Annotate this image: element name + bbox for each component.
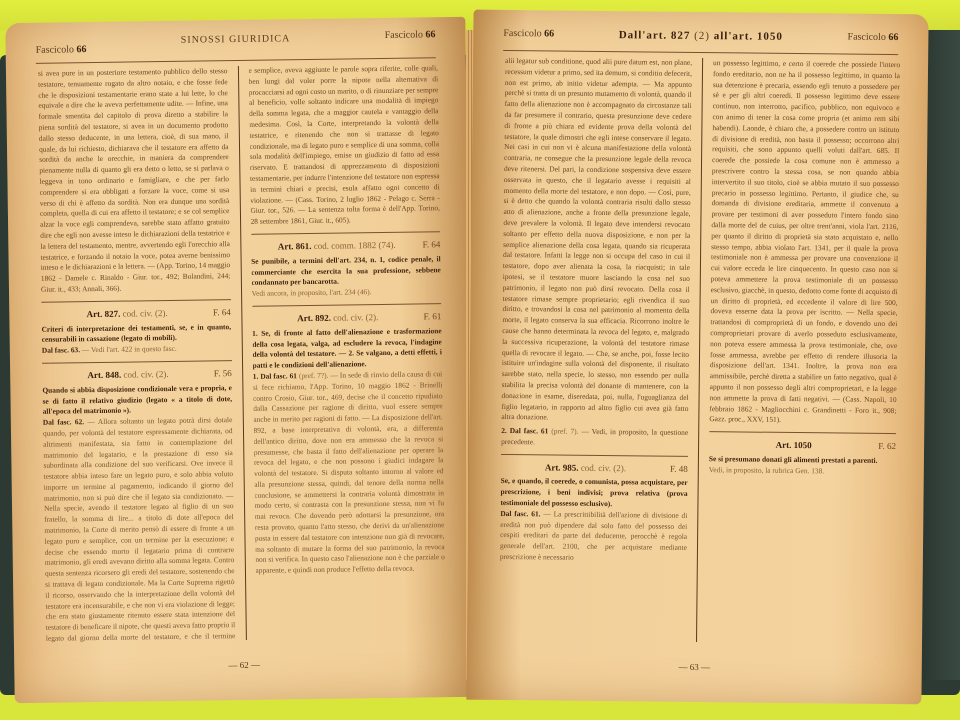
article-861: Art. 861. cod. comm. 1882 (74). F. 64 Se… — [251, 231, 441, 300]
header-rule — [503, 50, 898, 55]
article-summary: Quando si abbia disposizione condizional… — [42, 383, 232, 418]
article-fascicle: F. 64 — [213, 307, 231, 318]
ref-label: Dal fasc. 63. — [42, 345, 80, 355]
running-title-to: all'art. — [714, 30, 754, 42]
ref-code: (pref. 7?). — [299, 371, 329, 380]
page-number: — 62 — — [14, 657, 474, 673]
header-rule — [36, 57, 436, 64]
article-reference: Vedi ancora, in proposito, l'art. 234 (4… — [252, 286, 442, 299]
article-title-line: Art. 827. cod. civ. (2). — [87, 308, 168, 320]
running-title: SINOSSI GIURIDICA — [35, 31, 435, 48]
left-page-columns: si avea pure in un posteriore testamento… — [38, 63, 446, 643]
article-number: Art. 848. — [87, 370, 121, 380]
left-column-1: si avea pure in un posteriore testamento… — [38, 66, 235, 643]
article-heading: Art. 1050 F. 62 — [709, 439, 896, 452]
article-985: Art. 985. cod. civ. (2). F. 48 Se, e qua… — [500, 454, 688, 565]
article-summary: Se punibile, a termini dell'art. 234, n.… — [251, 254, 441, 289]
article-number: Art. 827. — [87, 308, 121, 318]
right-header-fascicolo: Fascicolo 66 — [385, 29, 436, 41]
fascicolo-number: 66 — [425, 29, 435, 40]
right-page: Fascicolo 66 Dall'art. 827 (2) all'art. … — [466, 10, 928, 705]
ref-text: — Vedi l'art. 422 in questo fasc. — [82, 344, 177, 354]
article-reference: Vedi, in proposito, la rubrica Gen. 138. — [709, 465, 896, 478]
article-title-line: Art. 985. cod. civ. (2). — [545, 462, 626, 474]
page-number: — 63 — — [467, 660, 922, 675]
article-1050: Art. 1050 F. 62 Se si presumano donati g… — [709, 431, 896, 477]
article-code: cod. civ. (2). — [333, 312, 378, 323]
fascicolo-label: Fascicolo — [385, 29, 423, 41]
body-text: alii legatur sub conditione, quod alii p… — [501, 56, 692, 425]
article-fascicle: F. 64 — [423, 239, 441, 250]
article-number: Art. 892. — [297, 313, 331, 323]
article-fascicle: F. 61 — [424, 311, 442, 322]
right-header-fascicolo: Fascicolo 66 — [847, 32, 898, 44]
left-page-header: Fascicolo 66 SINOSSI GIURIDICA Fascicolo… — [35, 29, 435, 59]
article-title-line: Art. 892. cod. civ. (2). — [297, 312, 378, 324]
article-title-line: Art. 861. cod. comm. 1882 (74). — [278, 240, 396, 252]
fascicolo-label: Fascicolo — [847, 32, 885, 43]
article-body: Dal fasc. 62. — Allora soltanto un legat… — [43, 415, 236, 643]
article-code: cod. comm. 1882 (74). — [314, 240, 396, 251]
article-heading: Art. 848. cod. civ. (2). F. 56 — [42, 368, 232, 381]
article-number: Art. 861. — [278, 241, 312, 251]
running-title-from: Dall'art. — [619, 29, 668, 42]
left-column-2: e semplice, aveva aggiunte le parole sop… — [248, 63, 445, 640]
article-fascicle: F. 48 — [670, 463, 688, 474]
ref-label: Dal fasc. 61. — [500, 509, 540, 518]
article-summary: Criteri di interpretazione dei testament… — [41, 322, 231, 346]
body-text: e semplice, aveva aggiunte le parole sop… — [248, 63, 440, 228]
ref-code: (pref. 7). — [551, 427, 578, 436]
article-summary: Se, e quando, il coerede, o comunista, p… — [500, 476, 687, 510]
article-summary: 1. Se, di fronte al fatto dell'alienazio… — [252, 326, 442, 372]
body-text: si avea pure in un posteriore testamento… — [38, 66, 231, 295]
right-column-1: alii legatur sub conditione, quod alii p… — [499, 56, 692, 642]
article-body-text: — Allora soltanto un legato potrà dirsi … — [43, 415, 235, 643]
article-title-line: Art. 1050 — [776, 440, 812, 451]
running-title-paren: (2) — [694, 30, 710, 42]
article-fascicle: F. 62 — [878, 441, 896, 452]
fascicolo-number: 66 — [888, 32, 898, 43]
article-heading: Art. 985. cod. civ. (2). F. 48 — [501, 462, 688, 475]
running-title-to-num: 1050 — [757, 31, 783, 43]
ref-label: 1. Dal fasc. 61 — [253, 371, 297, 381]
article-code: cod. civ. (2). — [581, 462, 626, 472]
article-code: cod. civ. (2). — [123, 308, 168, 319]
article-heading: Art. 892. cod. civ. (2). F. 61 — [252, 311, 442, 324]
article-848: Art. 848. cod. civ. (2). F. 56 Quando si… — [42, 360, 235, 643]
article-title-line: Art. 848. cod. civ. (2). — [87, 369, 168, 381]
article-body-text: — In sede di rinvio della causa di cui s… — [253, 369, 445, 575]
article-number: Art. 985. — [545, 462, 579, 472]
running-title-from-num: 827 — [671, 30, 691, 42]
ref-label: 2. Dal fasc. 61 — [501, 426, 548, 435]
article-892-ref2: 2. Dal fasc. 61 (pref. 7). — Vedi, in pr… — [501, 426, 688, 450]
right-page-columns: alii legatur sub conditione, quod alii p… — [499, 56, 900, 644]
left-page: Fascicolo 66 SINOSSI GIURIDICA Fascicolo… — [5, 17, 474, 703]
article-code: cod. civ. (2). — [123, 369, 168, 380]
body-text: un possesso legittimo, e certo il coered… — [709, 58, 900, 427]
right-column-2: un possesso legittimo, e certo il coered… — [707, 58, 900, 644]
article-892: Art. 892. cod. civ. (2). F. 61 1. Se, di… — [252, 303, 445, 577]
article-body: Dal fasc. 61. — La prescrittibilità dell… — [500, 509, 688, 565]
article-fascicle: F. 56 — [214, 368, 232, 379]
ref-label: Dal fasc. 62. — [43, 417, 84, 427]
article-reference: Dal fasc. 63. — Vedi l'art. 422 in quest… — [42, 343, 232, 356]
article-number: Art. 1050 — [776, 440, 812, 450]
right-page-header: Fascicolo 66 Dall'art. 827 (2) all'art. … — [503, 22, 898, 50]
article-body: 1. Dal fasc. 61 (pref. 7?). — In sede di… — [253, 369, 445, 577]
article-heading: Art. 861. cod. comm. 1882 (74). F. 64 — [251, 239, 441, 252]
article-heading: Art. 827. cod. civ. (2). F. 64 — [41, 307, 231, 320]
column-divider — [696, 58, 703, 642]
running-title: Dall'art. 827 (2) all'art. 1050 — [503, 28, 898, 44]
article-827: Art. 827. cod. civ. (2). F. 64 Criteri d… — [41, 299, 231, 357]
column-divider — [237, 66, 246, 640]
